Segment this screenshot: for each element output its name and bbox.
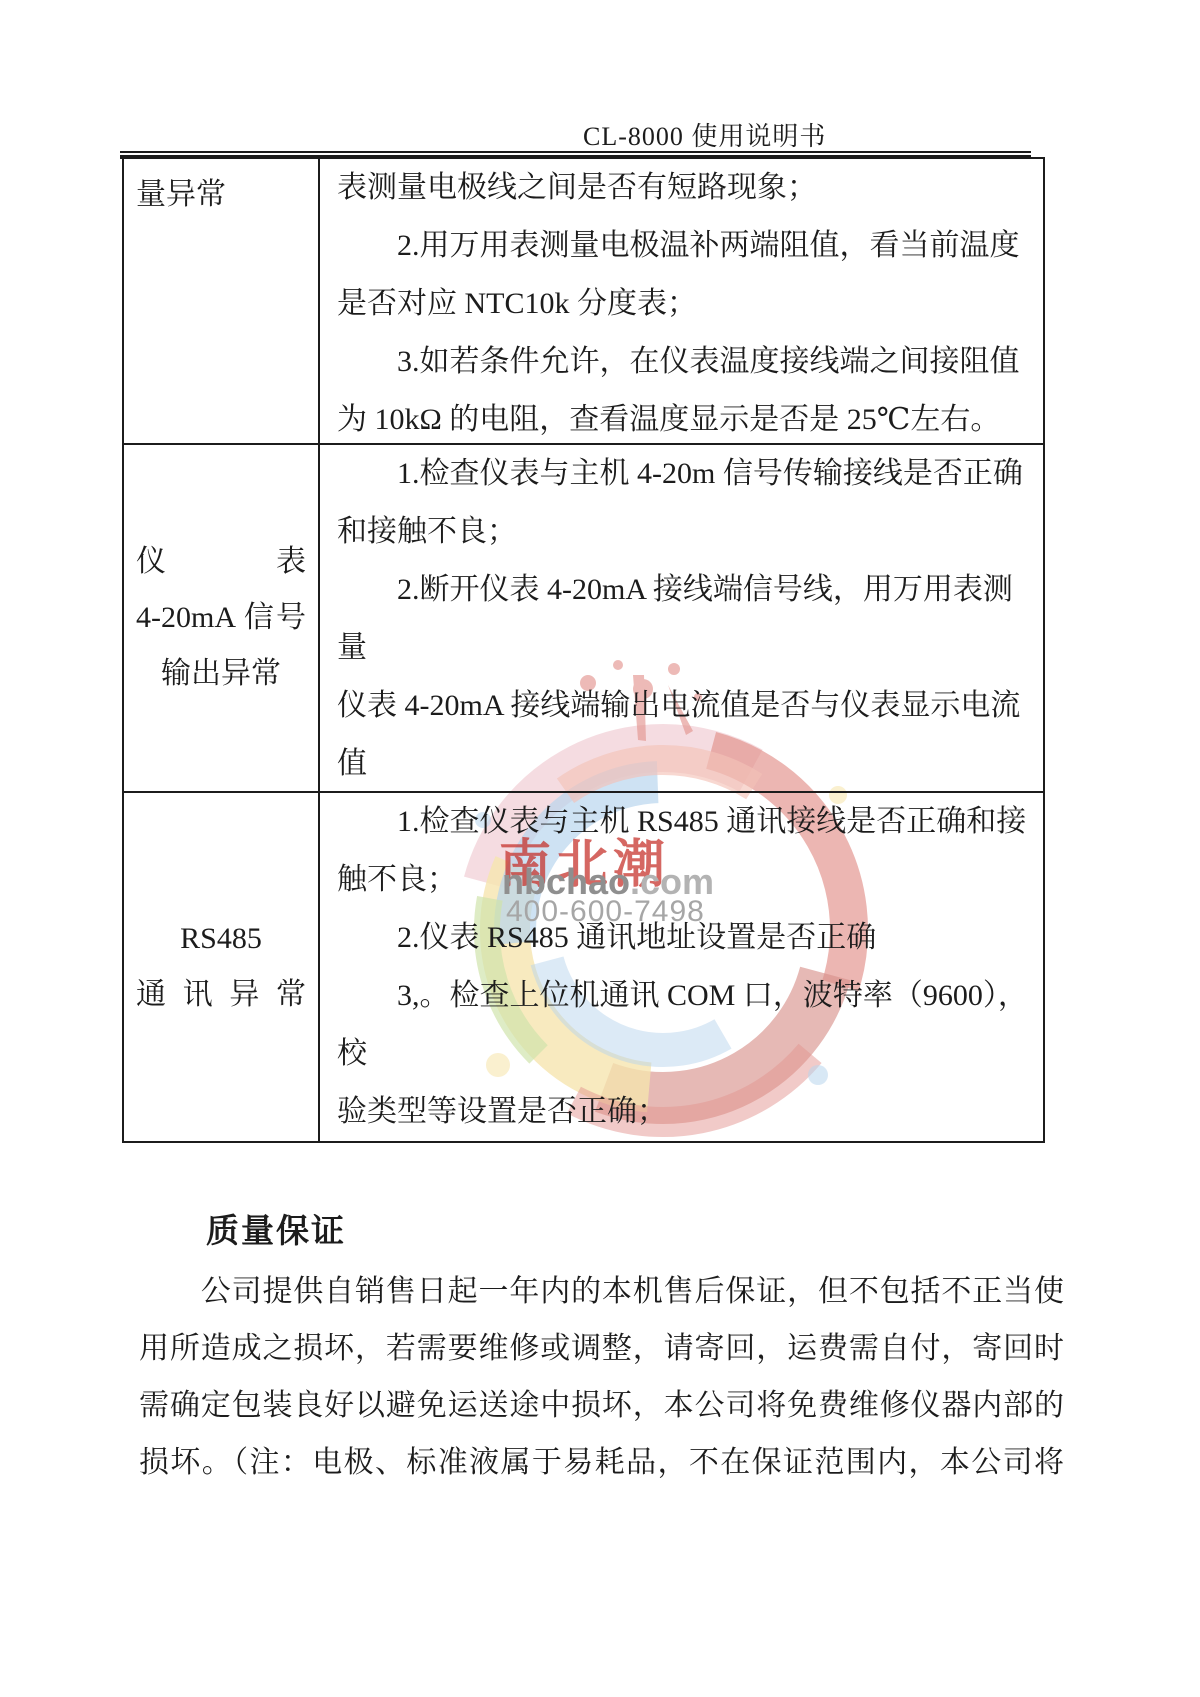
text-line: 4-20mA 信号	[124, 590, 318, 646]
table-row3-fault-label: RS485通讯异常	[124, 793, 320, 1141]
text-line: 量异常	[124, 167, 318, 223]
quality-guarantee-heading: 质量保证	[206, 1205, 346, 1252]
page-header-title: CL-8000 使用说明书	[583, 116, 826, 153]
text-line: 验类型等设置是否正确；	[337, 1083, 1029, 1141]
text-line: 是否对应 NTC10k 分度表；	[337, 275, 1029, 333]
table-row2-remedy-cell: 1.检查仪表与主机 4-20m 信号传输接线是否正确和接触不良； 2.断开仪表 …	[320, 445, 1043, 793]
header-rule	[120, 151, 1031, 159]
text-line: 需确定包装良好以避免运送途中损坏，本公司将免费维修仪器内部的	[139, 1377, 1064, 1434]
text-line: 用所造成之损坏，若需要维修或调整，请寄回，运费需自付，寄回时	[139, 1320, 1064, 1377]
quality-guarantee-paragraph: 公司提供自销售日起一年内的本机售后保证，但不包括不正当使用所造成之损坏，若需要维…	[139, 1263, 1064, 1491]
table-row3-remedy-cell: 1.检查仪表与主机 RS485 通讯接线是否正确和接触不良； 2.仪表 RS48…	[320, 793, 1043, 1141]
text-line: 和接触不良；	[337, 503, 1029, 561]
text-line: 2.用万用表测量电极温补两端阻值，看当前温度	[337, 217, 1029, 275]
text-line: 损坏。（注：电极、标准液属于易耗品，不在保证范围内，本公司将	[139, 1434, 1064, 1491]
text-line: 仪 表	[124, 534, 318, 590]
text-line: 1.检查仪表与主机 RS485 通讯接线是否正确和接	[337, 793, 1029, 851]
text-line: 2.仪表 RS485 通讯地址设置是否正确	[337, 909, 1029, 967]
troubleshooting-table: 量异常 表测量电极线之间是否有短路现象； 2.用万用表测量电极温补两端阻值，看当…	[122, 157, 1045, 1143]
table-row2-fault-label: 仪 表4-20mA 信号输出异常	[124, 445, 320, 793]
text-line: 输出异常	[124, 646, 318, 702]
text-line: 为 10kΩ 的电阻，查看温度显示是否是 25℃左右。	[337, 391, 1029, 445]
text-line: 3.如若条件允许，在仪表温度接线端之间接阻值	[337, 333, 1029, 391]
text-line: 3,。检查上位机通讯 COM 口，波特率（9600），校	[337, 967, 1029, 1083]
text-line: 通讯异常	[124, 967, 318, 1023]
text-line: 触不良；	[337, 851, 1029, 909]
text-line: 仪表 4-20mA 接线端输出电流值是否与仪表显示电流值	[337, 677, 1029, 793]
manual-page: CL-8000 使用说明书	[0, 0, 1200, 1697]
text-line: 公司提供自销售日起一年内的本机售后保证，但不包括不正当使	[139, 1263, 1064, 1320]
table-row1-remedy-cell: 表测量电极线之间是否有短路现象； 2.用万用表测量电极温补两端阻值，看当前温度是…	[320, 159, 1043, 445]
text-line: 1.检查仪表与主机 4-20m 信号传输接线是否正确	[337, 445, 1029, 503]
text-line: RS485	[124, 911, 318, 967]
text-line: 2.断开仪表 4-20mA 接线端信号线，用万用表测量	[337, 561, 1029, 677]
table-row1-fault-label: 量异常	[124, 159, 320, 445]
text-line: 表测量电极线之间是否有短路现象；	[337, 159, 1029, 217]
